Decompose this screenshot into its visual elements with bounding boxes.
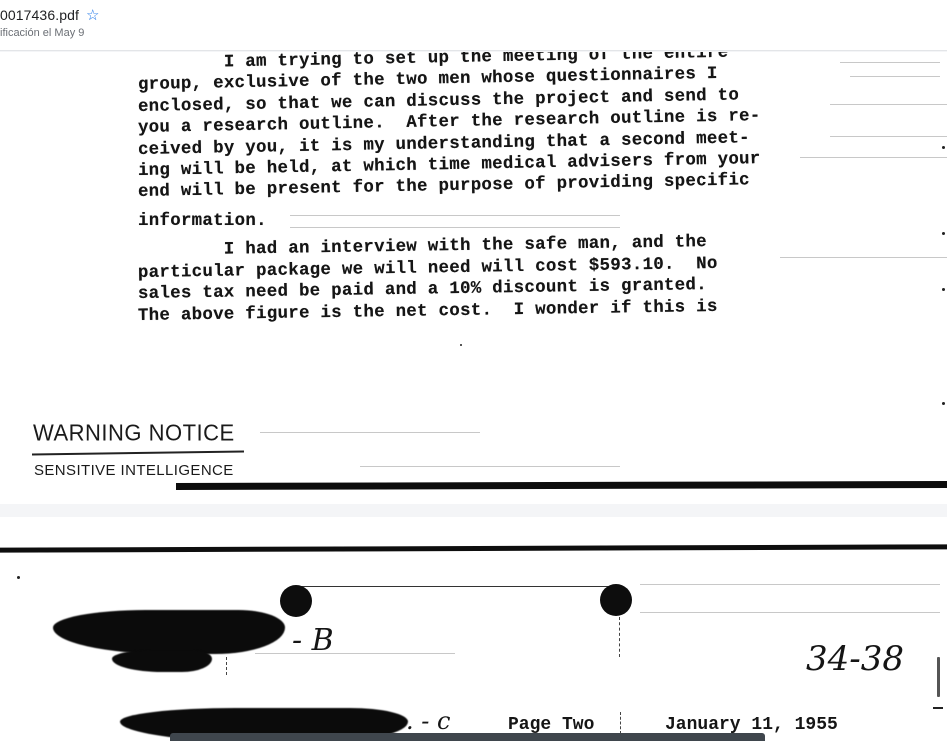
last-modified-label: ificación el May 9 bbox=[0, 27, 84, 39]
file-name: 0017436.pdf bbox=[0, 7, 79, 23]
letter-date: January 11, 1955 bbox=[665, 715, 838, 735]
punch-hole bbox=[600, 584, 632, 616]
page-label: Page Two bbox=[508, 715, 594, 735]
stamp-rule bbox=[32, 451, 244, 456]
handwritten-file-number: 34-38 bbox=[806, 639, 904, 679]
scan-edge-bar bbox=[0, 544, 947, 552]
horizontal-scrollbar[interactable] bbox=[170, 733, 765, 741]
punch-hole bbox=[280, 585, 312, 617]
handwritten-b: - B bbox=[292, 623, 334, 658]
pdf-page-2: - B . - c 34-38 Page Two January 11, 195… bbox=[0, 517, 947, 741]
handwritten-c: . - c bbox=[406, 707, 450, 735]
letter-line: information. bbox=[138, 212, 267, 231]
document-header: 0017436.pdf ☆ ificación el May 9 bbox=[0, 0, 947, 51]
sensitive-intelligence-stamp: SENSITIVE INTELLIGENCE bbox=[34, 462, 234, 479]
redaction-mark bbox=[53, 610, 285, 654]
redaction-mark bbox=[112, 650, 212, 672]
pdf-page-1: I am trying to set up the meeting of the… bbox=[0, 52, 947, 504]
file-title: 0017436.pdf ☆ bbox=[0, 7, 100, 23]
star-icon[interactable]: ☆ bbox=[86, 8, 100, 23]
warning-notice-stamp: WARNING NOTICE bbox=[33, 419, 235, 446]
scan-edge-bar bbox=[176, 481, 947, 490]
